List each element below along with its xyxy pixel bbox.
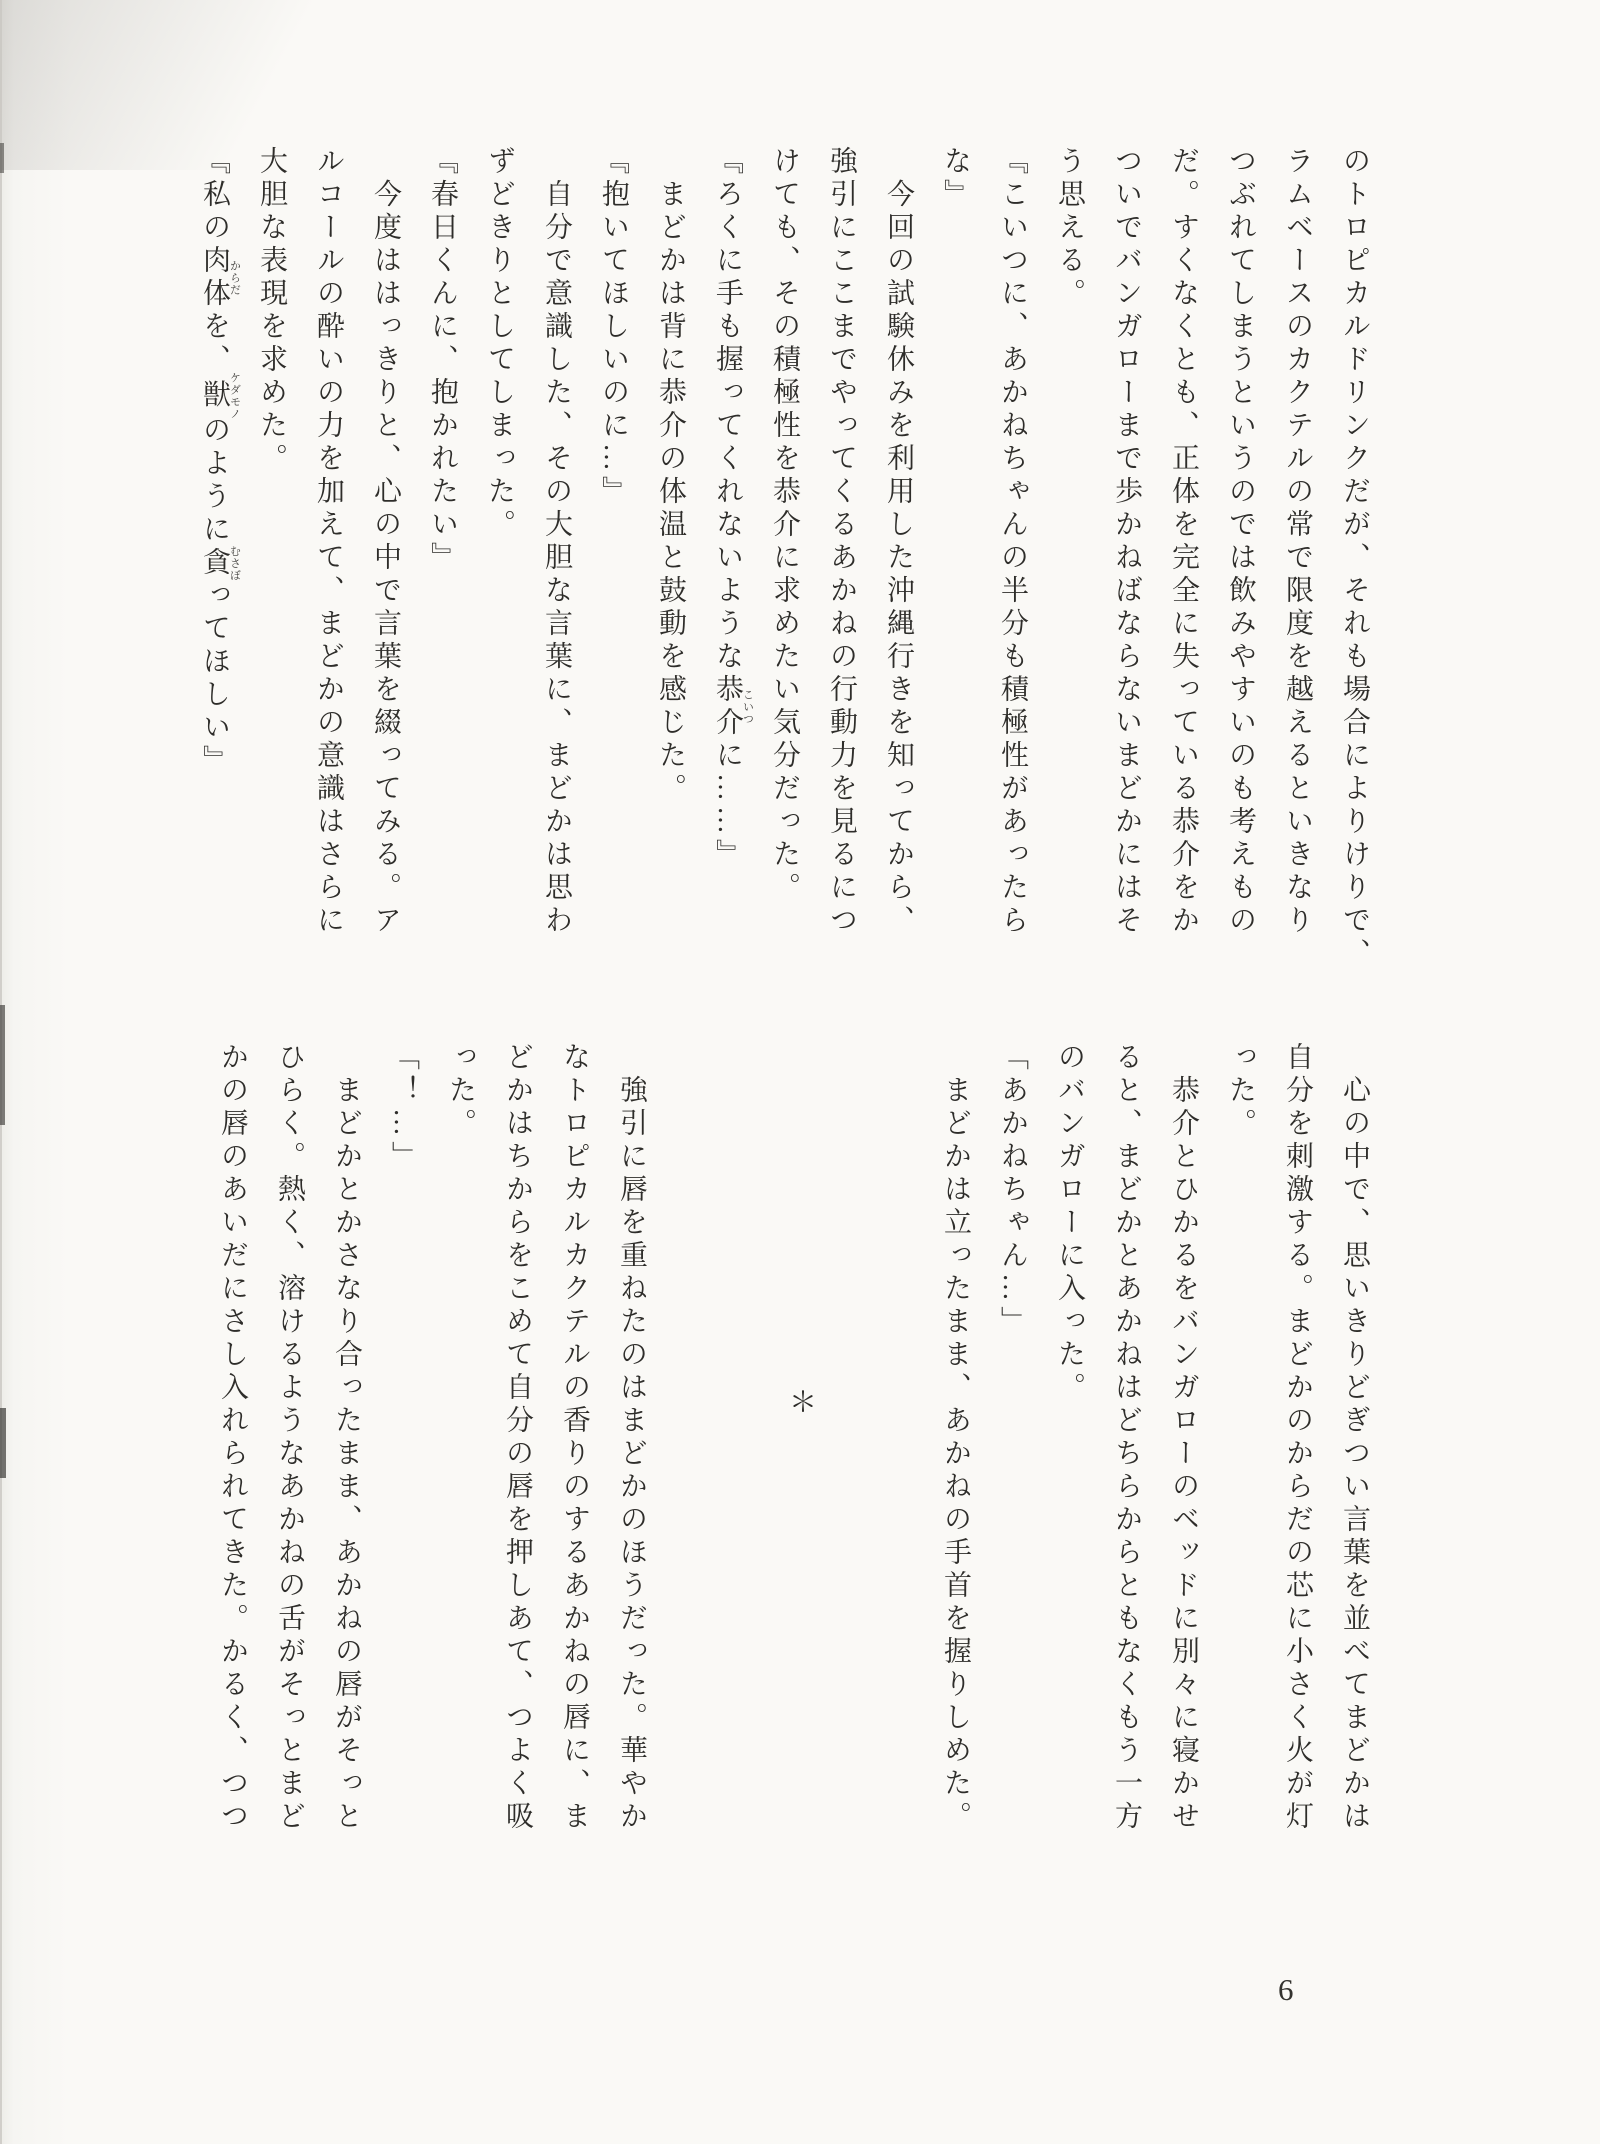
scan-edge-artifact bbox=[0, 143, 4, 173]
text-line: 自分で意識した、その大胆な言葉に、まどかは思わ bbox=[528, 146, 585, 998]
ruby-annotated-word: 恭介こいつ bbox=[712, 674, 743, 740]
text-line: う思える。 bbox=[1041, 146, 1098, 998]
text-line: だ。すくなくとも、正体を完全に失っている恭介をか bbox=[1155, 146, 1212, 998]
text-line: 心の中で、思いきりどぎつい言葉を並べてまどかは bbox=[1326, 1042, 1383, 1894]
text-line: ラムベースのカクテルの常で限度を越えるといきなり bbox=[1269, 146, 1326, 998]
ruby-annotated-word: 肉体からだ bbox=[199, 245, 230, 311]
text-line: 今度ははっきりと、心の中で言葉を綴ってみる。ア bbox=[357, 146, 414, 998]
text-line: のトロピカルドリンクだが、それも場合によりけりで、 bbox=[1326, 146, 1383, 998]
scan-edge-artifact bbox=[0, 1408, 6, 1478]
text-line: 強引にここまでやってくるあかねの行動力を見るにつ bbox=[813, 146, 870, 998]
text-line: 「！…」 bbox=[375, 1042, 432, 1894]
text-line: った。 bbox=[432, 1042, 489, 1894]
text-line: な』 bbox=[927, 146, 984, 998]
page-number: 6 bbox=[1278, 1972, 1294, 2008]
text-line: ずどきりとしてしまった。 bbox=[471, 146, 528, 998]
text-line: ると、まどかとあかねはどちらからともなくもう一方 bbox=[1098, 1042, 1155, 1894]
top-text-block: のトロピカルドリンクだが、それも場合によりけりで、ラムベースのカクテルの常で限度… bbox=[186, 146, 1383, 998]
scan-corner-shadow bbox=[0, 0, 420, 170]
text-line: ひらく。熱く、溶けるようなあかねの舌がそっとまど bbox=[261, 1042, 318, 1894]
text-line: けても、その積極性を恭介に求めたい気分だった。 bbox=[756, 146, 813, 998]
section-separator: ＊ bbox=[772, 1042, 829, 1894]
text-line: 『春日くんに、抱かれたい』 bbox=[414, 146, 471, 998]
scan-edge-artifact bbox=[0, 1005, 5, 1125]
text-line: 『抱いてほしいのに…』 bbox=[585, 146, 642, 998]
text-line: かの唇のあいだにさし入れられてきた。かるく、つつ bbox=[204, 1042, 261, 1894]
text-line: 今回の試験休みを利用した沖縄行きを知ってから、 bbox=[870, 146, 927, 998]
text-line: 『ろくに手も握ってくれないような恭介こいつに……』 bbox=[699, 146, 756, 998]
text-line: まどかは背に恭介の体温と鼓動を感じた。 bbox=[642, 146, 699, 998]
text-line: どかはちからをこめて自分の唇を押しあて、つよく吸 bbox=[489, 1042, 546, 1894]
text-line: ルコールの酔いの力を加えて、まどかの意識はさらに bbox=[300, 146, 357, 998]
text-line: ついでバンガローまで歩かねばならないまどかにはそ bbox=[1098, 146, 1155, 998]
bottom-text-block: 心の中で、思いきりどぎつい言葉を並べてまどかは自分を刺激する。まどかのからだの芯… bbox=[204, 1042, 1383, 1894]
text-line: 大胆な表現を求めた。 bbox=[243, 146, 300, 998]
text-line: 恭介とひかるをバンガローのベッドに別々に寝かせ bbox=[1155, 1042, 1212, 1894]
text-line: 「あかねちゃん…」 bbox=[984, 1042, 1041, 1894]
text-line: なトロピカルカクテルの香りのするあかねの唇に、ま bbox=[546, 1042, 603, 1894]
text-line: まどかは立ったまま、あかねの手首を握りしめた。 bbox=[927, 1042, 984, 1894]
ruby-annotated-word: 貪むさぼ bbox=[199, 547, 230, 580]
scanned-novel-page: のトロピカルドリンクだが、それも場合によりけりで、ラムベースのカクテルの常で限度… bbox=[0, 0, 1600, 2144]
text-line: まどかとかさなり合ったまま、あかねの唇がそっと bbox=[318, 1042, 375, 1894]
text-line: のバンガローに入った。 bbox=[1041, 1042, 1098, 1894]
text-line: 自分を刺激する。まどかのからだの芯に小さく火が灯 bbox=[1269, 1042, 1326, 1894]
text-line: 強引に唇を重ねたのはまどかのほうだった。華やか bbox=[603, 1042, 660, 1894]
text-line: 『私の肉体からだを、獣ケダモノのように貪むさぼってほしい』 bbox=[186, 146, 243, 998]
text-line: った。 bbox=[1212, 1042, 1269, 1894]
text-line: つぶれてしまうというのでは飲みやすいのも考えもの bbox=[1212, 146, 1269, 998]
ruby-annotated-word: 獣ケダモノ bbox=[199, 377, 230, 415]
text-line: 『こいつに、あかねちゃんの半分も積極性があったら bbox=[984, 146, 1041, 998]
